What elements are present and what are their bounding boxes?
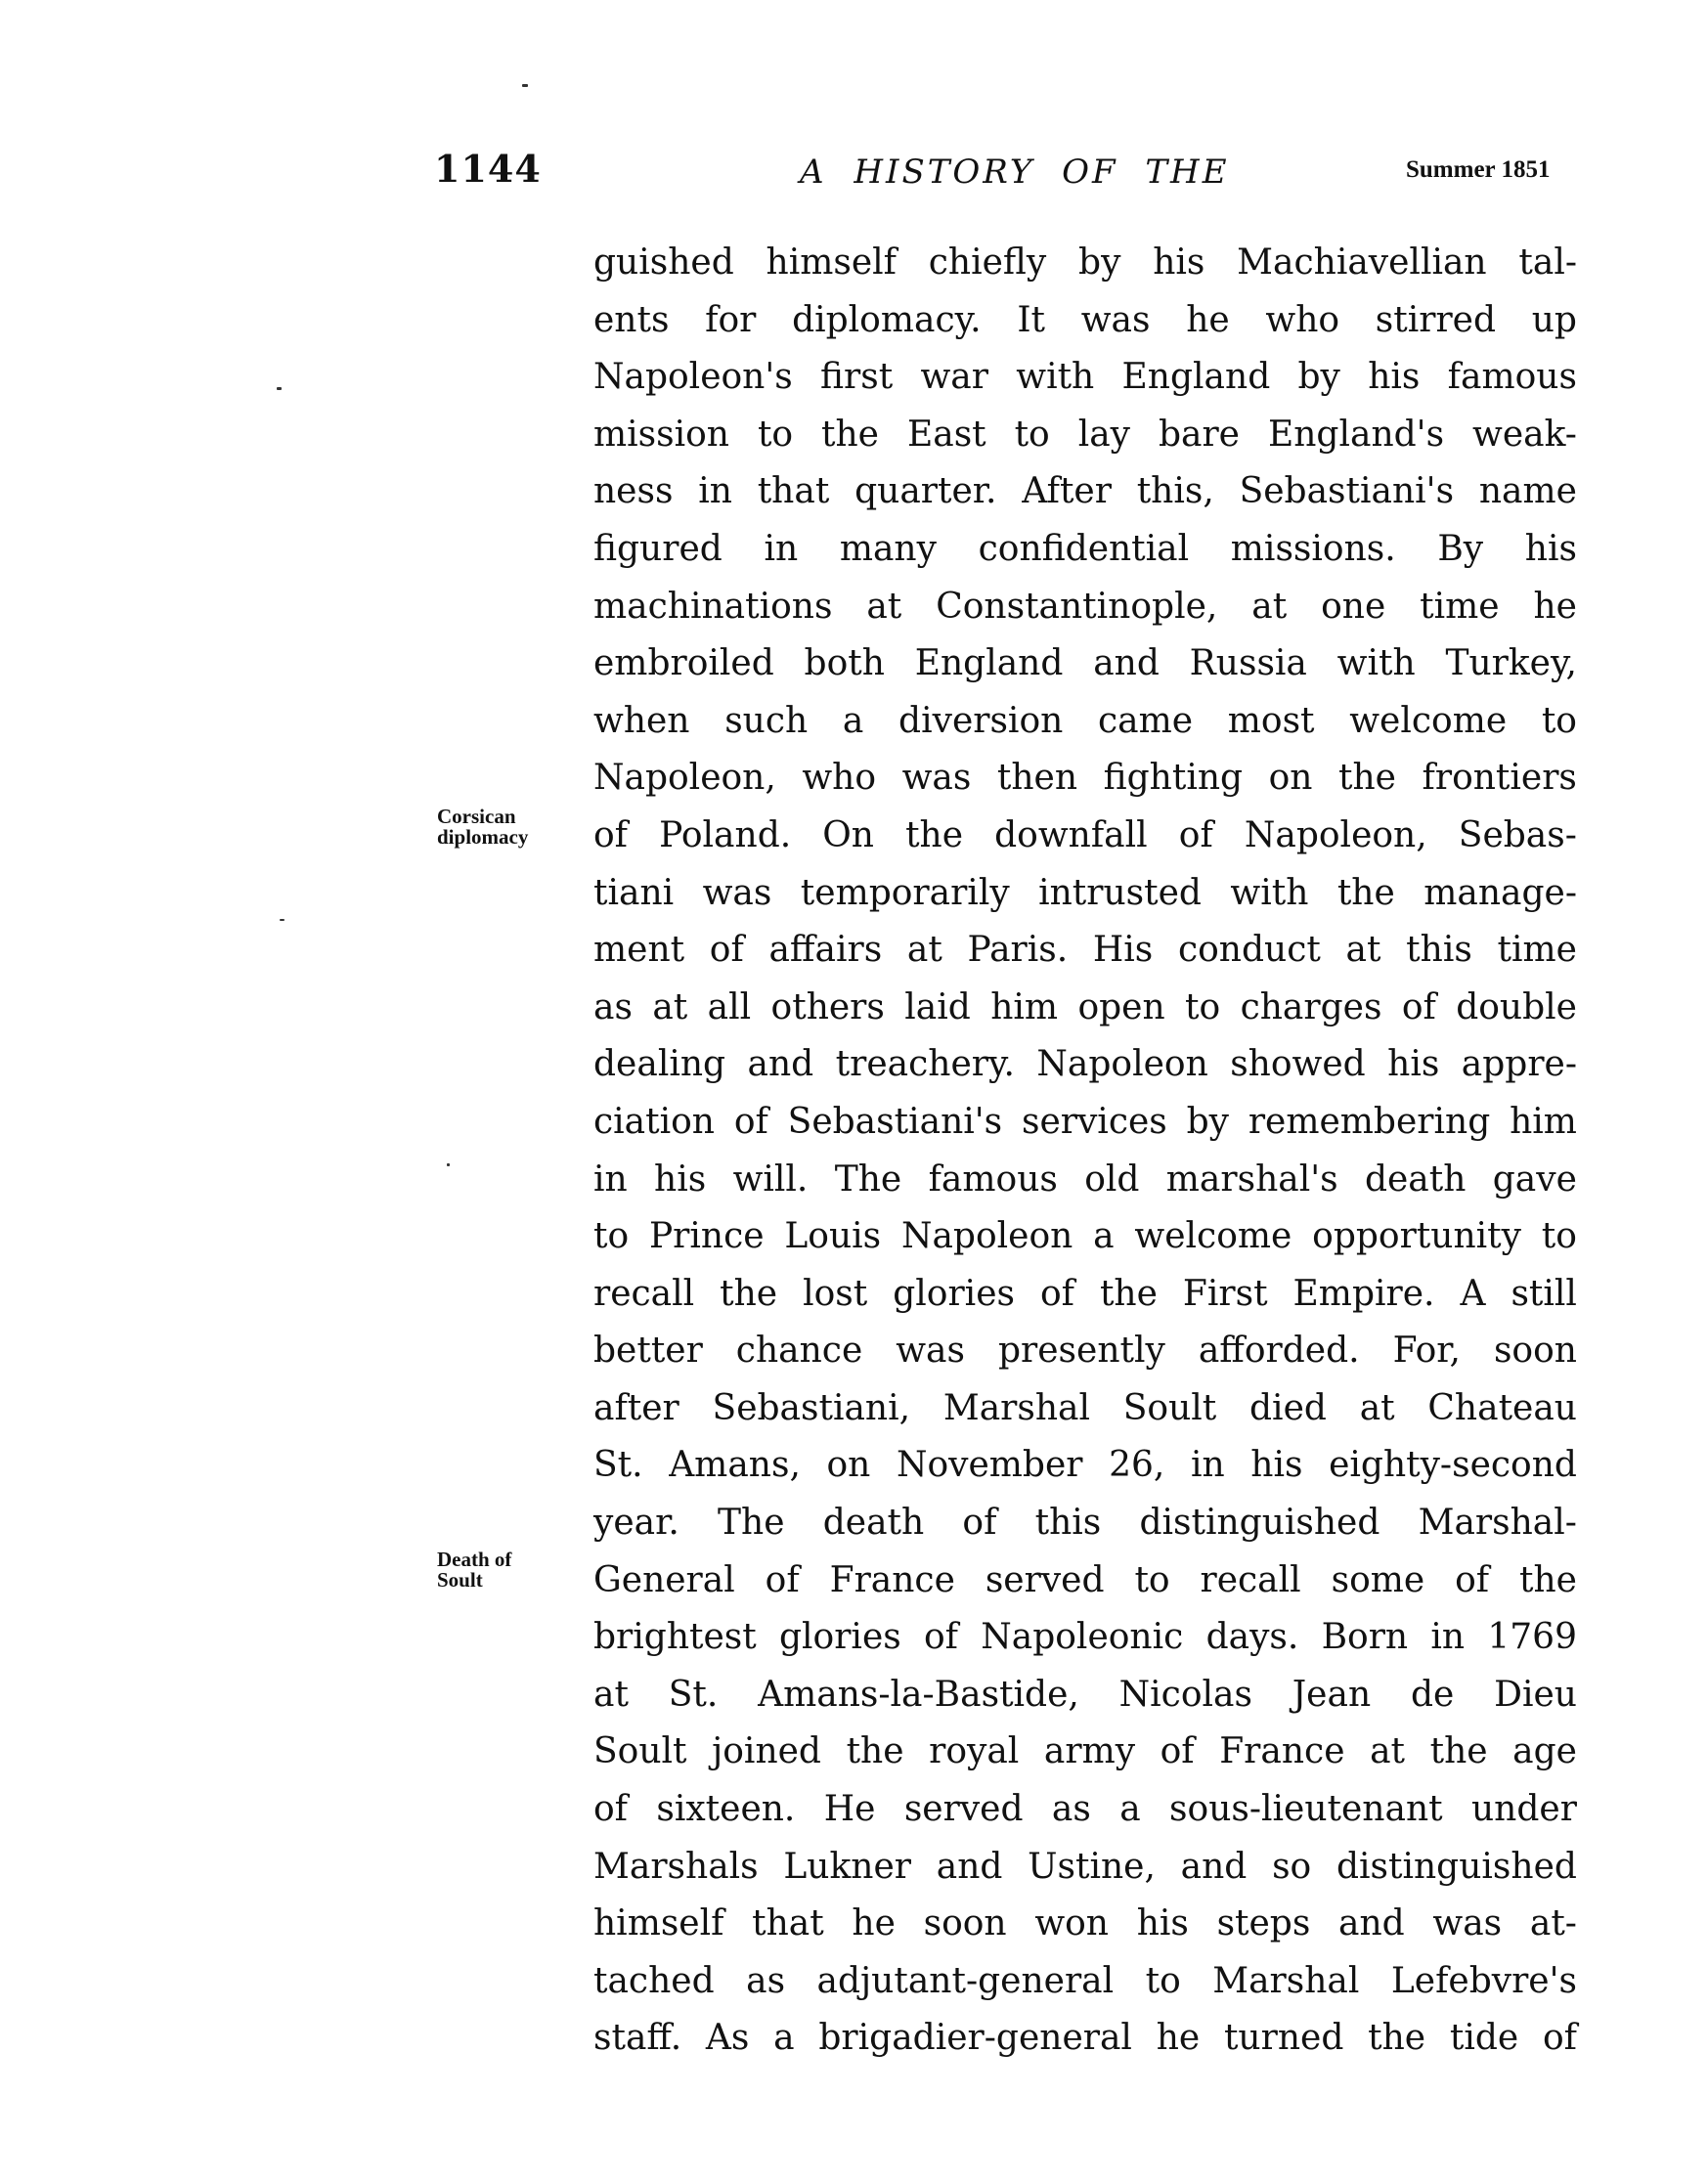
word: Marshal — [943, 1380, 1090, 1438]
margin-note-corsican-diplomacy: Corsican diplomacy — [437, 807, 528, 848]
word: quarter. — [854, 463, 996, 521]
word: on — [1269, 750, 1313, 808]
word: that — [752, 1896, 824, 1953]
word: By — [1437, 521, 1483, 579]
word: death — [1365, 1152, 1466, 1209]
word: so — [1272, 1839, 1311, 1897]
word: still — [1511, 1266, 1576, 1324]
word: and — [1338, 1896, 1405, 1953]
word: he — [1533, 579, 1577, 636]
word: appre- — [1462, 1036, 1577, 1094]
word: in — [593, 1152, 628, 1209]
word: soon — [924, 1896, 1007, 1953]
word: Dieu — [1494, 1667, 1577, 1725]
word: to — [1542, 1208, 1577, 1266]
word: a — [1119, 1781, 1140, 1839]
word: temporarily — [801, 865, 1010, 923]
word: most — [1228, 693, 1315, 751]
word: was — [1432, 1896, 1502, 1953]
word: with — [1230, 865, 1308, 923]
word: tached — [593, 1953, 715, 2011]
word: Prince — [649, 1208, 765, 1266]
word: Napoleon's — [593, 349, 793, 407]
word: on — [827, 1437, 871, 1495]
word: and — [1181, 1839, 1248, 1897]
word: France — [1219, 1724, 1344, 1781]
word: of — [593, 1781, 628, 1839]
word: the — [1368, 2010, 1425, 2068]
word: embroiled — [593, 635, 774, 693]
word: St. — [669, 1667, 719, 1725]
word: Lefebvre's — [1391, 1953, 1577, 2011]
scan-speck — [277, 387, 282, 390]
word: to — [1185, 980, 1220, 1037]
text-line: asatallotherslaidhimopentochargesofdoubl… — [593, 980, 1577, 1037]
word: 26, — [1109, 1437, 1164, 1495]
margin-note-line: Soult — [437, 1570, 511, 1591]
word: he — [1186, 292, 1230, 350]
word: brightest — [593, 1609, 757, 1667]
word: intrusted — [1038, 865, 1202, 923]
word: recall — [1201, 1552, 1301, 1610]
word: time — [1498, 922, 1577, 980]
word: some — [1332, 1552, 1425, 1610]
word: to — [593, 1208, 629, 1266]
word: who — [1265, 292, 1339, 350]
text-line: brightestgloriesofNapoleonicdays.Bornin1… — [593, 1609, 1577, 1667]
word: to — [758, 407, 793, 464]
word: when — [593, 693, 690, 751]
word: On — [822, 808, 874, 865]
text-line: inhiswill.Thefamousoldmarshal'sdeathgave — [593, 1152, 1577, 1209]
word: old — [1084, 1152, 1139, 1209]
word: him — [990, 980, 1058, 1037]
word: missions. — [1231, 521, 1396, 579]
scan-speck — [447, 1163, 450, 1166]
word: turned — [1224, 2010, 1343, 2068]
word: to — [1134, 1552, 1169, 1610]
word: guished — [593, 235, 734, 292]
word: General — [593, 1552, 735, 1610]
word: of — [1179, 808, 1213, 865]
word: For, — [1393, 1323, 1461, 1380]
word: at — [866, 579, 901, 636]
word: bare — [1159, 407, 1240, 464]
word: then — [997, 750, 1077, 808]
margin-note-line: diplomacy — [437, 827, 528, 848]
margin-note-line: Corsican — [437, 807, 528, 827]
word: chance — [736, 1323, 862, 1380]
word: diversion — [898, 693, 1063, 751]
running-title: A HISTORY OF THE — [800, 153, 1230, 192]
word: Poland. — [659, 808, 791, 865]
word: steps — [1217, 1896, 1311, 1953]
text-line: entsfordiplomacy.Itwashewhostirredup — [593, 292, 1577, 350]
word: His — [1093, 922, 1153, 980]
word: under — [1471, 1781, 1577, 1839]
text-line: year.ThedeathofthisdistinguishedMarshal- — [593, 1495, 1577, 1552]
word: of — [1402, 980, 1436, 1037]
word: of — [734, 1094, 768, 1152]
word: diplomacy. — [792, 292, 982, 350]
word: Russia — [1190, 635, 1307, 693]
word: Sebastiani's — [1240, 463, 1454, 521]
word: fighting — [1104, 750, 1243, 808]
word: charges — [1241, 980, 1382, 1037]
text-line: ofsixteen.Heservedasasous-lieutenantunde… — [593, 1781, 1577, 1839]
word: to — [1146, 1953, 1181, 2011]
word: Turkey, — [1445, 635, 1577, 693]
text-line: recallthelostgloriesoftheFirstEmpire.Ast… — [593, 1266, 1577, 1324]
text-line: tianiwastemporarilyintrustedwiththemanag… — [593, 865, 1577, 923]
word: confidential — [979, 521, 1190, 579]
word: Marshal- — [1419, 1495, 1577, 1552]
word: of — [1161, 1724, 1195, 1781]
word: at- — [1530, 1896, 1577, 1953]
word: days. — [1206, 1609, 1299, 1667]
text-line: betterchancewaspresentlyafforded.For,soo… — [593, 1323, 1577, 1380]
word: Marshals — [593, 1839, 759, 1897]
word: The — [835, 1152, 902, 1209]
word: England — [915, 635, 1064, 693]
word: sous-lieutenant — [1169, 1781, 1443, 1839]
text-line: ofPoland.OnthedownfallofNapoleon,Sebas- — [593, 808, 1577, 865]
text-line: staff.Asabrigadier-generalheturnedthetid… — [593, 2010, 1577, 2068]
scan-speck — [280, 919, 285, 921]
word: the — [1519, 1552, 1577, 1610]
word: afforded. — [1199, 1323, 1360, 1380]
text-line: mentofaffairsatParis.Hisconductatthistim… — [593, 922, 1577, 980]
word: ents — [593, 292, 669, 350]
text-line: ciationofSebastiani'sservicesbyrememberi… — [593, 1094, 1577, 1152]
word: served — [985, 1552, 1105, 1610]
margin-note-line: Death of — [437, 1550, 511, 1570]
text-line: tachedasadjutant-generaltoMarshalLefebvr… — [593, 1953, 1577, 2011]
word: staff. — [593, 2010, 681, 2068]
text-line: dealingandtreachery.Napoleonshowedhisapp… — [593, 1036, 1577, 1094]
word: was — [896, 1323, 965, 1380]
word: showed — [1230, 1036, 1366, 1094]
word: one — [1321, 579, 1385, 636]
body-text-column: guishedhimselfchieflybyhisMachiavelliant… — [593, 235, 1577, 2068]
word: this — [1035, 1495, 1102, 1552]
word: opportunity — [1312, 1208, 1521, 1266]
word: joined — [712, 1724, 821, 1781]
word: at — [1360, 1380, 1395, 1438]
word: Paris. — [967, 922, 1068, 980]
word: royal — [929, 1724, 1019, 1781]
word: As — [706, 2010, 749, 2068]
text-line: guishedhimselfchieflybyhisMachiavelliant… — [593, 235, 1577, 292]
word: distinguished — [1336, 1839, 1577, 1897]
word: services — [1022, 1094, 1167, 1152]
word: of — [962, 1495, 996, 1552]
word: brigadier-general — [818, 2010, 1132, 2068]
word: Machiavellian — [1237, 235, 1486, 292]
word: sixteen. — [656, 1781, 795, 1839]
word: of — [710, 922, 744, 980]
word: the — [847, 1724, 904, 1781]
word: and — [937, 1839, 1003, 1897]
word: he — [852, 1896, 896, 1953]
word: marshal's — [1166, 1152, 1338, 1209]
word: himself — [766, 235, 897, 292]
word: time — [1420, 579, 1499, 636]
word: Marshal — [1212, 1953, 1359, 2011]
word: a — [1093, 1208, 1114, 1266]
word: at — [1370, 1724, 1405, 1781]
word: Napoleon, — [1245, 808, 1427, 865]
word: war — [920, 349, 988, 407]
word: the — [1430, 1724, 1488, 1781]
word: for — [705, 292, 756, 350]
word: St. — [593, 1437, 643, 1495]
text-line: nessinthatquarter.Afterthis,Sebastiani's… — [593, 463, 1577, 521]
word: famous — [1448, 349, 1577, 407]
word: his — [1387, 1036, 1439, 1094]
word: better — [593, 1323, 703, 1380]
word: and — [748, 1036, 814, 1094]
word: to — [1015, 407, 1050, 464]
word: ciation — [593, 1094, 715, 1152]
word: conduct — [1178, 922, 1321, 980]
word: treachery. — [836, 1036, 1015, 1094]
word: name — [1479, 463, 1577, 521]
word: stirred — [1376, 292, 1496, 350]
word: he — [1157, 2010, 1201, 2068]
word: in — [698, 463, 732, 521]
text-line: SoultjoinedtheroyalarmyofFranceattheage — [593, 1724, 1577, 1781]
word: a — [843, 693, 863, 751]
word: England's — [1268, 407, 1444, 464]
word: Soult — [1123, 1380, 1217, 1438]
text-line: afterSebastiani,MarshalSoultdiedatChatea… — [593, 1380, 1577, 1438]
text-line: embroiledbothEnglandandRussiawithTurkey, — [593, 635, 1577, 693]
word: of — [766, 1552, 800, 1610]
word: presently — [998, 1323, 1165, 1380]
word: that — [758, 463, 830, 521]
word: himself — [593, 1896, 723, 1953]
word: served — [904, 1781, 1024, 1839]
word: by — [1187, 1094, 1229, 1152]
word: this, — [1137, 463, 1214, 521]
word: tide — [1450, 2010, 1518, 2068]
word: Nicolas — [1119, 1667, 1252, 1725]
word: Napoleon — [901, 1208, 1073, 1266]
word: Amans-la-Bastide, — [758, 1667, 1079, 1725]
word: up — [1532, 292, 1577, 350]
word: tiani — [593, 865, 674, 923]
word: ness — [593, 463, 673, 521]
word: him — [1510, 1094, 1577, 1152]
word: England — [1122, 349, 1271, 407]
word: gave — [1493, 1152, 1577, 1209]
word: East — [907, 407, 986, 464]
word: as — [746, 1953, 785, 2011]
text-line: GeneralofFranceservedtorecallsomeofthe — [593, 1552, 1577, 1610]
text-line: toPrinceLouisNapoleonawelcomeopportunity… — [593, 1208, 1577, 1266]
word: will. — [733, 1152, 809, 1209]
word: Sebas- — [1459, 808, 1577, 865]
word: at — [593, 1667, 629, 1725]
text-line: himselfthathesoonwonhisstepsandwasat- — [593, 1896, 1577, 1953]
word: Amans, — [669, 1437, 801, 1495]
text-line: atSt.Amans-la-Bastide,NicolasJeandeDieu — [593, 1667, 1577, 1725]
word: Napoleon — [1036, 1036, 1207, 1094]
word: others — [771, 980, 885, 1037]
word: in — [1191, 1437, 1225, 1495]
word: such — [724, 693, 808, 751]
word: figured — [593, 521, 723, 579]
word: manage- — [1423, 865, 1577, 923]
word: of — [593, 808, 628, 865]
word: at — [1251, 579, 1287, 636]
word: Napoleonic — [981, 1609, 1183, 1667]
word: death — [823, 1495, 924, 1552]
text-line: MarshalsLuknerandUstine,andsodistinguish… — [593, 1839, 1577, 1897]
page-number: 1144 — [434, 147, 542, 191]
text-line: figuredinmanyconfidentialmissions.Byhis — [593, 521, 1577, 579]
margin-note-death-of-soult: Death of Soult — [437, 1550, 511, 1591]
page-header: 1144 A HISTORY OF THE Summer 1851 — [0, 0, 1708, 215]
word: affairs — [768, 922, 882, 980]
word: at — [907, 922, 942, 980]
word: after — [593, 1380, 679, 1438]
word: downfall — [994, 808, 1148, 865]
word: Lukner — [783, 1839, 911, 1897]
word: double — [1456, 980, 1577, 1037]
word: and — [1093, 635, 1160, 693]
word: was — [902, 750, 972, 808]
text-line: Napoleon'sfirstwarwithEnglandbyhisfamous — [593, 349, 1577, 407]
word: the — [1337, 865, 1395, 923]
word: the — [821, 407, 879, 464]
word: of — [1543, 2010, 1577, 2068]
word: who — [802, 750, 876, 808]
word: all — [708, 980, 752, 1037]
word: first — [820, 349, 893, 407]
text-line: Napoleon,whowasthenfightingonthefrontier… — [593, 750, 1577, 808]
word: welcome — [1349, 693, 1507, 751]
word: many — [840, 521, 937, 579]
word: his — [1525, 521, 1577, 579]
word: It — [1017, 292, 1045, 350]
word: as — [1052, 1781, 1091, 1839]
word: November — [897, 1437, 1083, 1495]
word: his — [1368, 349, 1420, 407]
word: First — [1183, 1266, 1268, 1324]
word: by — [1078, 235, 1120, 292]
word: by — [1298, 349, 1340, 407]
word: glories — [893, 1266, 1015, 1324]
word: eighty-second — [1329, 1437, 1577, 1495]
text-line: missiontotheEasttolaybareEngland'sweak- — [593, 407, 1577, 464]
word: lost — [803, 1266, 867, 1324]
word: France — [830, 1552, 955, 1610]
word: de — [1411, 1667, 1454, 1725]
word: died — [1249, 1380, 1327, 1438]
word: Born — [1322, 1609, 1409, 1667]
word: machinations — [593, 579, 832, 636]
word: Ustine, — [1028, 1839, 1156, 1897]
text-line: machinationsatConstantinople,atonetimehe — [593, 579, 1577, 636]
word: Sebastiani's — [788, 1094, 1002, 1152]
word: lay — [1078, 407, 1130, 464]
word: to — [1542, 693, 1577, 751]
word: The — [718, 1495, 785, 1552]
word: chiefly — [929, 235, 1047, 292]
word: at — [1346, 922, 1381, 980]
word: the — [905, 808, 963, 865]
word: his — [1250, 1437, 1302, 1495]
word: the — [720, 1266, 777, 1324]
word: glories — [779, 1609, 901, 1667]
word: was — [703, 865, 772, 923]
word: Napoleon, — [593, 750, 776, 808]
word: as — [593, 980, 633, 1037]
word: Constantinople, — [936, 579, 1217, 636]
word: in — [1430, 1609, 1465, 1667]
word: won — [1034, 1896, 1109, 1953]
word: Empire. — [1293, 1266, 1435, 1324]
word: year. — [593, 1495, 679, 1552]
word: welcome — [1134, 1208, 1292, 1266]
word: this — [1406, 922, 1472, 980]
word: mission — [593, 407, 729, 464]
word: adjutant-general — [817, 1953, 1115, 2011]
word: Louis — [784, 1208, 881, 1266]
word: of — [1455, 1552, 1489, 1610]
word: age — [1512, 1724, 1577, 1781]
text-line: St.Amans,onNovember26,inhiseighty-second — [593, 1437, 1577, 1495]
word: of — [1040, 1266, 1074, 1324]
word: ment — [593, 922, 684, 980]
word: soon — [1494, 1323, 1577, 1380]
word: a — [773, 2010, 794, 2068]
word: 1769 — [1487, 1609, 1577, 1667]
word: open — [1077, 980, 1164, 1037]
word: After — [1022, 463, 1112, 521]
word: recall — [593, 1266, 694, 1324]
word: He — [824, 1781, 876, 1839]
word: his — [1153, 235, 1204, 292]
word: famous — [929, 1152, 1058, 1209]
word: tal- — [1518, 235, 1577, 292]
text-line: whensuchadiversioncamemostwelcometo — [593, 693, 1577, 751]
word: Jean — [1292, 1667, 1371, 1725]
word: both — [805, 635, 885, 693]
word: laid — [904, 980, 971, 1037]
word: his — [654, 1152, 706, 1209]
running-date: Summer 1851 — [1406, 156, 1550, 184]
word: came — [1098, 693, 1193, 751]
word: in — [764, 521, 798, 579]
word: dealing — [593, 1036, 725, 1094]
word: his — [1137, 1896, 1189, 1953]
word: was — [1081, 292, 1151, 350]
word: the — [1100, 1266, 1158, 1324]
word: weak- — [1472, 407, 1577, 464]
word: Soult — [593, 1724, 687, 1781]
word: with — [1337, 635, 1416, 693]
word: the — [1338, 750, 1396, 808]
word: distinguished — [1139, 1495, 1380, 1552]
word: frontiers — [1423, 750, 1577, 808]
word: army — [1044, 1724, 1135, 1781]
word: A — [1460, 1266, 1485, 1324]
word: Chateau — [1427, 1380, 1577, 1438]
word: remembering — [1248, 1094, 1490, 1152]
